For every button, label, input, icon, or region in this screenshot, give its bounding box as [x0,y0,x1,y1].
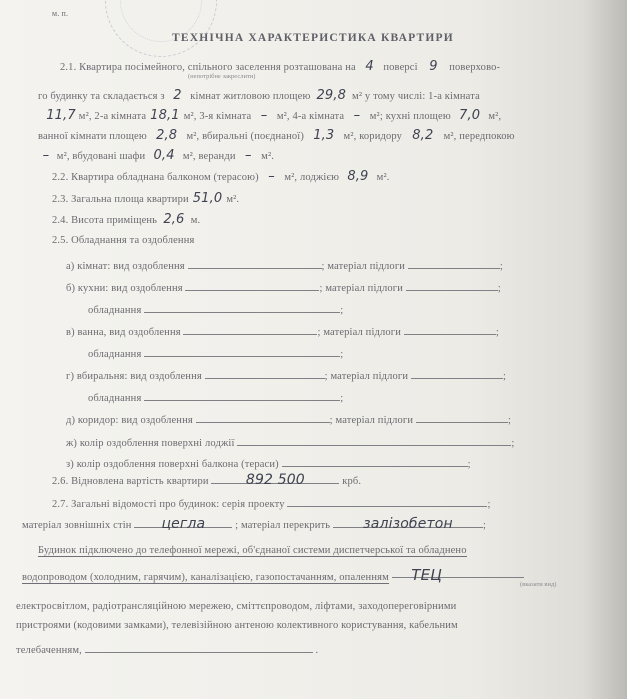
hallway-value: – [38,148,54,163]
section-2-1-line-5: – м², вбудовані шафи 0,4 м², веранди – м… [38,148,274,163]
finish-field [237,434,511,446]
section-2-1-line-2: го будинку та складається з 2 кімнат жит… [38,88,480,103]
finish-field [144,345,340,357]
finishing-row: г) вбиральня: вид оздоблення ; матеріал … [66,367,506,382]
closets-value: 0,4 [148,148,180,163]
room4-value: – [347,108,367,123]
finishing-row: б) кухни: вид оздоблення ; матеріал підл… [66,279,501,294]
floor-value: 4 [359,59,381,74]
finish-field [144,301,340,313]
finish-field [183,323,317,335]
restored-value-field: 892 500 [211,472,339,484]
bathroom-value: 2,8 [150,128,184,143]
room1-value: 11,7 [46,108,76,123]
floor-material-field [416,411,508,423]
room2-value: 18,1 [149,108,181,123]
restored-value: 892 500 [211,472,339,488]
finish-field [196,411,330,423]
loggia-value: 8,9 [342,169,374,184]
toilet-value: 1,3 [307,128,341,143]
finishing-row: д) коридор: вид оздоблення ; матеріал пі… [66,411,511,426]
room3-value: – [254,108,274,123]
floor-material-field [404,323,496,335]
finish-field [282,455,468,467]
section-2-2: 2.2. Квартира обладнана балконом (терасо… [52,169,390,184]
page-title: ТЕХНІЧНА ХАРАКТЕРИСТИКА КВАРТИРИ [172,32,454,44]
page-mark: м. п. [52,9,68,18]
section-2-3: 2.3. Загальна площа квартири 51,0 м². [52,191,239,206]
materials-line: матеріал зовнішніх стін цегла ; матеріал… [22,516,486,531]
section-2-4: 2.4. Висота приміщень 2,6 м. [52,212,200,227]
heating-value: ТЕЦ [392,566,462,584]
floors-field: залізобетон [333,516,483,528]
section-2-1-line-3: 11,7 м², 2-а кімната 18,1 м², 3-я кімнат… [46,108,501,123]
rooms-value: 2 [168,88,188,103]
ceiling-height-value: 2,6 [160,212,188,227]
balcony-value: – [262,169,282,184]
strike-hint: (непотрібне закреслити) [188,73,255,80]
document-page: м. п. ТЕХНІЧНА ХАРАКТЕРИСТИКА КВАРТИРИ 2… [0,0,627,699]
finishing-row: а) кімнат: вид оздоблення ; матеріал під… [66,257,503,272]
section-2-1-line-1: 2.1. Квартира посімейного, спільного зас… [60,59,500,74]
section-2-5-heading: 2.5. Обладнання та оздоблення [52,235,194,246]
finish-field [144,389,340,401]
finish-field [205,367,325,379]
floor-material-field [411,367,503,379]
walls-material-value: цегла [134,516,232,532]
floor-material-field [408,257,500,269]
veranda-value: – [238,148,258,163]
project-series-field [287,495,487,507]
connections-line-2: водопроводом (холодним, гарячим), каналі… [22,566,524,583]
finish-field [188,257,322,269]
finishing-row: обладнання ; [88,345,343,360]
floor-material-field [406,279,498,291]
section-2-1-line-4: ванної кімнати площею 2,8 м², вбиральні … [38,128,515,143]
other-services-field [85,641,313,653]
heating-field: ТЕЦ [392,566,524,578]
section-2-7: 2.7. Загальні відомості про будинок: сер… [52,495,491,510]
walls-field: цегла [134,516,232,528]
connections-line-4: пристроями (кодовими замками), телевізій… [16,620,458,631]
finishing-row: в) ванна, вид оздоблення ; матеріал підл… [66,323,499,338]
floors-total-value: 9 [420,59,446,74]
connections-line-5: телебаченням, . [16,641,318,656]
kitchen-value: 7,0 [454,108,486,123]
finishing-row: обладнання ; [88,301,343,316]
heating-hint: (вказати вид) [520,581,556,588]
finishing-row: з) колір оздоблення поверхні балкона (те… [66,455,471,470]
floors-material-value: залізобетон [333,516,483,532]
finish-field [185,279,319,291]
total-area-value: 51,0 [192,191,224,206]
connections-line-3: електросвітлом, радіотрансляційною мереж… [16,601,456,612]
finishing-row: обладнання ; [88,389,343,404]
connections-line-1: Будинок підключено до телефонної мережі,… [38,545,467,556]
corridor-value: 8,2 [405,128,441,143]
section-2-6: 2.6. Відновлена вартість квартири 892 50… [52,472,361,487]
finishing-row: ж) колір оздоблення поверхні лоджії ; [66,434,514,449]
living-area-value: 29,8 [313,88,349,103]
